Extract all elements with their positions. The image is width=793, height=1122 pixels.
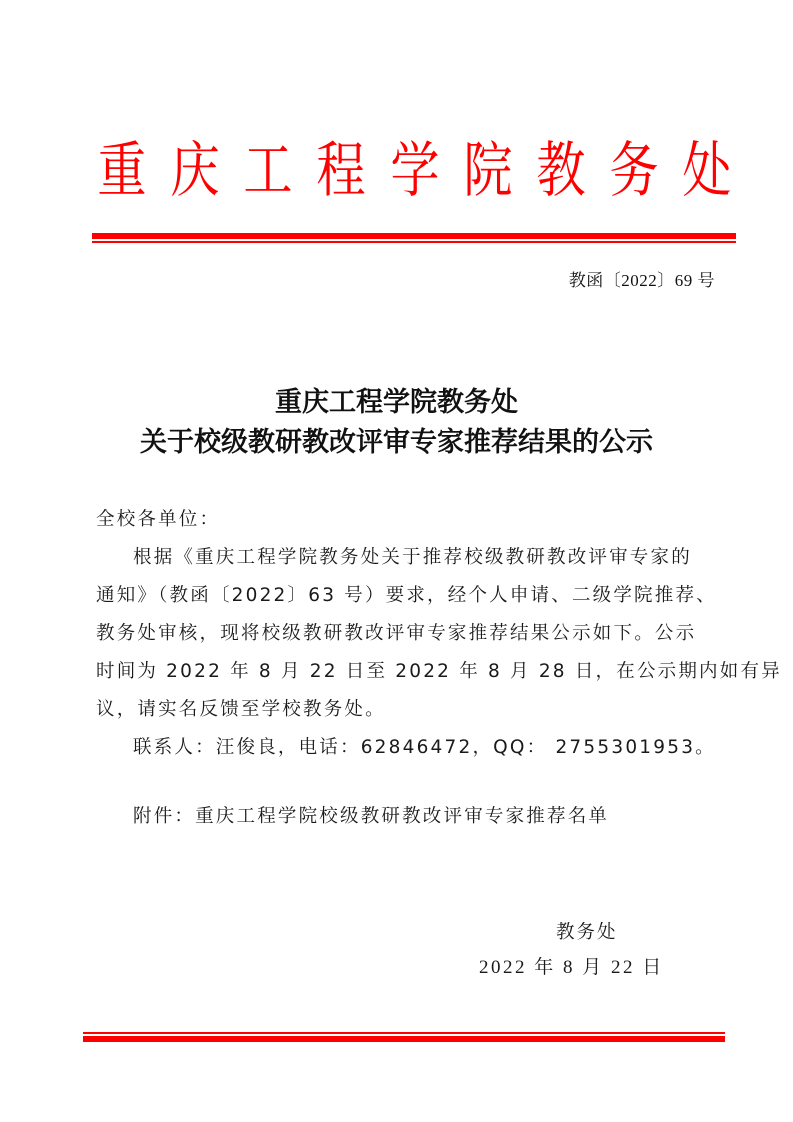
document-number: 教函〔2022〕69 号: [569, 266, 715, 291]
body-line: 通知》（教函〔2022〕63 号）要求，经个人申请、二级学院推荐、: [96, 584, 726, 608]
footer-divider-thin: [83, 1032, 725, 1034]
letterhead-char: 学: [390, 133, 439, 209]
document-title-line1: 重庆工程学院教务处: [0, 384, 793, 422]
body-line: 议，请实名反馈至学校教务处。: [96, 698, 726, 722]
letterhead-char: 务: [609, 133, 658, 209]
contact-info: 联系人：汪俊良，电话：62846472，QQ： 2755301953。: [133, 736, 763, 760]
body-line: 时间为 2022 年 8 月 22 日至 2022 年 8 月 28 日，在公示…: [96, 660, 726, 684]
header-divider-thick: [92, 233, 736, 239]
body-line: 教务处审核，现将校级教研教改评审专家推荐结果公示如下。公示: [96, 622, 726, 646]
letterhead-char: 庆: [171, 133, 220, 209]
signature-date: 2022 年 8 月 22 日: [479, 952, 664, 979]
letterhead-char: 院: [463, 133, 512, 209]
letterhead-char: 程: [317, 133, 366, 209]
letterhead-char: 处: [682, 133, 731, 209]
letterhead-char: 重: [97, 133, 146, 209]
letterhead-char: 教: [536, 133, 585, 209]
footer-divider-thick: [83, 1036, 725, 1042]
letterhead-title: 重 庆 工 程 学 院 教 务 处: [92, 133, 737, 209]
document-title-line2: 关于校级教研教改评审专家推荐结果的公示: [0, 424, 793, 462]
signature-issuer: 教务处: [556, 918, 618, 944]
header-divider-thin: [92, 241, 736, 243]
salutation: 全校各单位：: [96, 508, 726, 532]
letterhead-char: 工: [244, 133, 293, 209]
body-line: 根据《重庆工程学院教务处关于推荐校级教研教改评审专家的: [133, 546, 763, 570]
attachment-note: 附件：重庆工程学院校级教研教改评审专家推荐名单: [133, 805, 763, 829]
